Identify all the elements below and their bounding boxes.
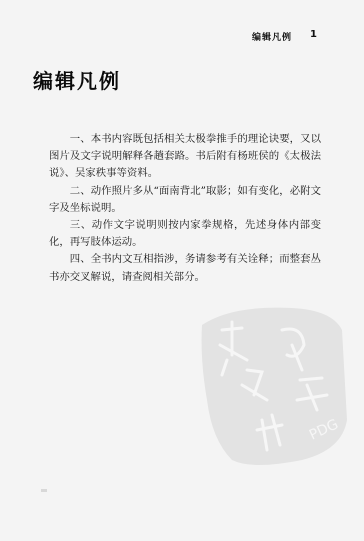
paragraph-4: 四、全书内文互相指涉，务请参考有关诠释；而整套丛书亦交叉解说，请查阅相关部分。 xyxy=(49,251,321,285)
watermark-seal: PDG xyxy=(192,300,352,470)
paragraph-1: 一、本书内容既包括相关太极拳推手的理论诀要，又以图片及文字说明解释各趟套路。书后… xyxy=(49,131,321,183)
body-text: 一、本书内容既包括相关太极拳推手的理论诀要，又以图片及文字说明解释各趟套路。书后… xyxy=(49,131,321,286)
running-header-title: 编辑凡例 xyxy=(252,30,292,43)
scan-speck xyxy=(41,489,47,492)
page-number: 1 xyxy=(310,29,317,40)
paragraph-2: 二、动作照片多从“面南背北”取影；如有变化，必附文字及坐标说明。 xyxy=(49,183,321,217)
paragraph-3: 三、动作文字说明则按内家拳规格，先述身体内部变化，再写肢体运动。 xyxy=(49,217,321,251)
section-title: 编辑凡例 xyxy=(33,65,121,94)
seal-stamp-icon: PDG xyxy=(192,300,352,470)
